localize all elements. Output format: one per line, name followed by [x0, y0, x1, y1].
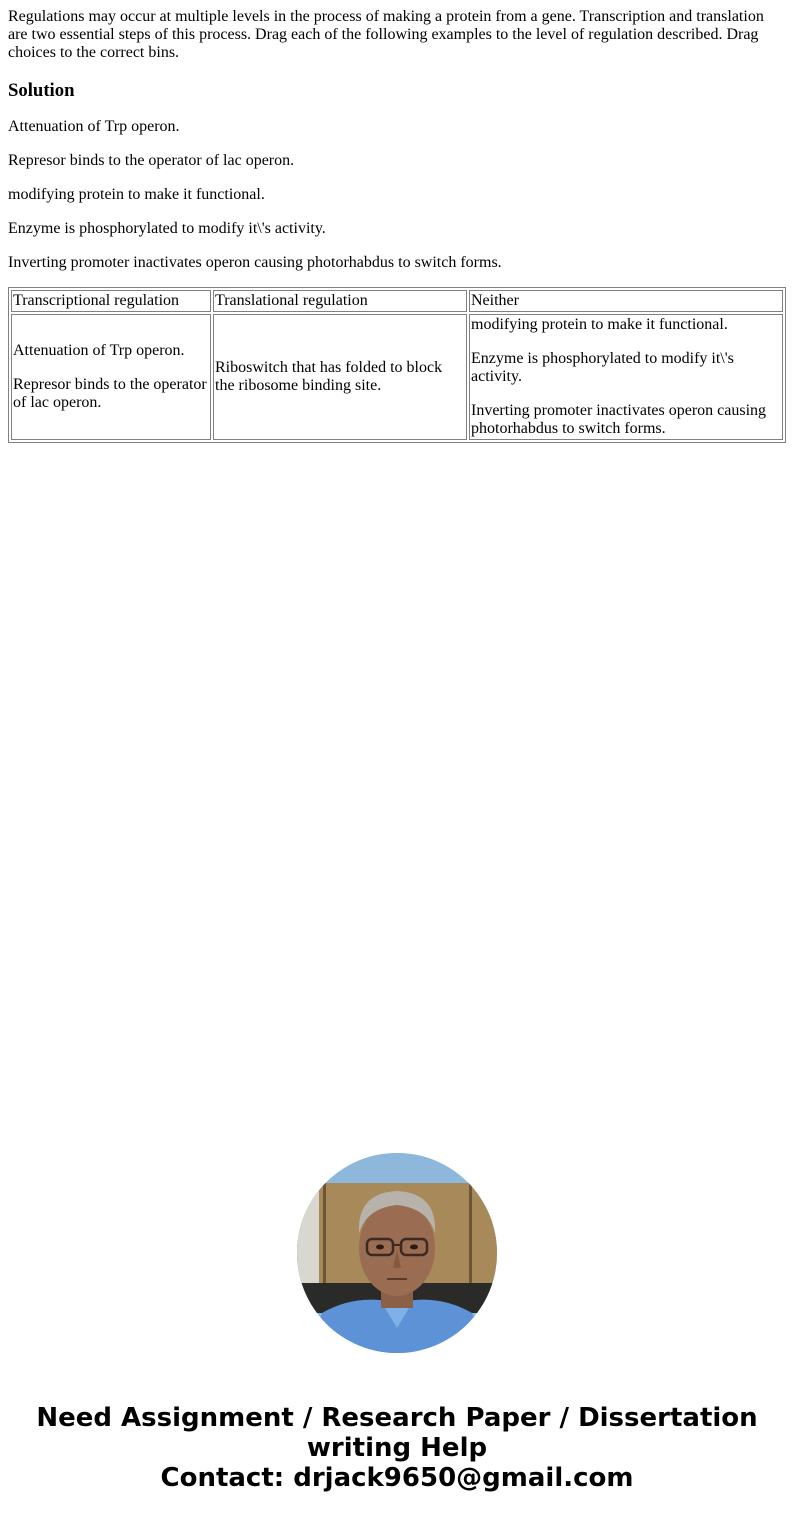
page-content: Regulations may occur at multiple levels… [0, 0, 794, 443]
regulation-bins-table: Transcriptional regulation Translational… [8, 287, 786, 443]
header-translational: Translational regulation [213, 290, 467, 312]
promo-contact: Contact: drjack9650@gmail.com [0, 1463, 794, 1493]
choice-item: Inverting promoter inactivates operon ca… [8, 254, 786, 272]
promo-banner: Need Assignment / Research Paper / Disse… [0, 1403, 794, 1493]
table-header-row: Transcriptional regulation Translational… [11, 290, 783, 312]
bin-neither: modifying protein to make it functional.… [469, 314, 783, 440]
header-transcriptional: Transcriptional regulation [11, 290, 211, 312]
choice-item: Attenuation of Trp operon. [8, 118, 786, 136]
bin-item: modifying protein to make it functional. [471, 316, 781, 334]
portrait-photo-icon [297, 1153, 497, 1353]
solution-heading: Solution [8, 80, 786, 102]
bin-item: Attenuation of Trp operon. [13, 342, 209, 360]
header-neither: Neither [469, 290, 783, 312]
bin-item: Riboswitch that has folded to block the … [215, 359, 465, 395]
choice-item: Represor binds to the operator of lac op… [8, 152, 786, 170]
bin-item: Represor binds to the operator of lac op… [13, 376, 209, 412]
promo-line-2: writing Help [0, 1433, 794, 1463]
avatar [297, 1153, 497, 1353]
promo-line-1: Need Assignment / Research Paper / Disse… [0, 1403, 794, 1433]
table-row: Attenuation of Trp operon. Represor bind… [11, 314, 783, 440]
bin-translational: Riboswitch that has folded to block the … [213, 314, 467, 440]
choice-item: Enzyme is phosphorylated to modify it\'s… [8, 220, 786, 238]
choice-list: Attenuation of Trp operon. Represor bind… [8, 118, 786, 272]
bin-item: Inverting promoter inactivates operon ca… [471, 402, 781, 438]
bin-item: Enzyme is phosphorylated to modify it\'s… [471, 350, 781, 386]
bin-transcriptional: Attenuation of Trp operon. Represor bind… [11, 314, 211, 440]
question-text: Regulations may occur at multiple levels… [8, 8, 786, 62]
choice-item: modifying protein to make it functional. [8, 186, 786, 204]
